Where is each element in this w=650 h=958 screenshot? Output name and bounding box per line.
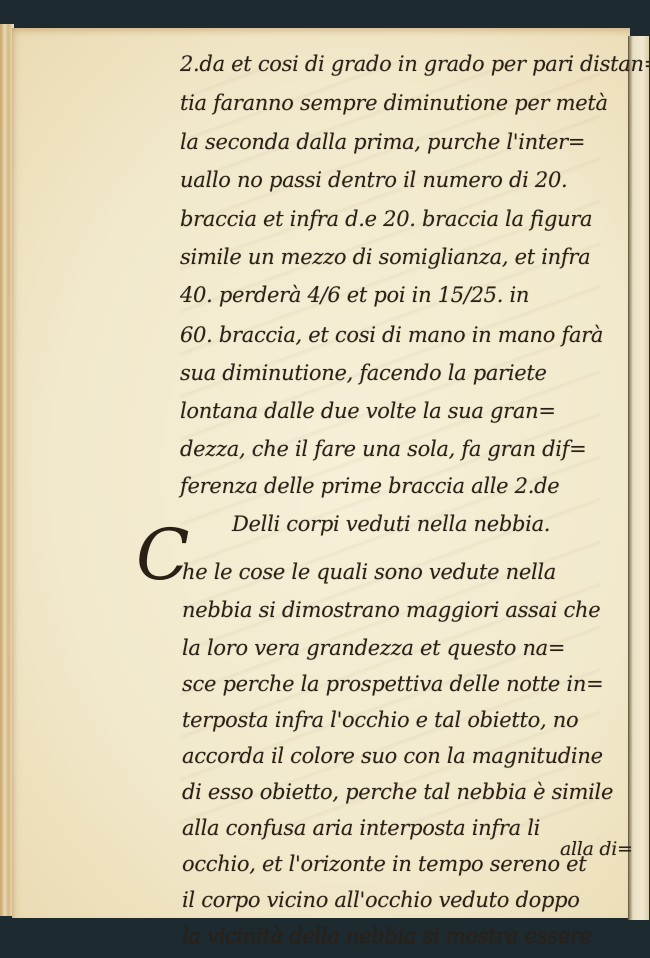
section-heading: Delli corpi veduti nella nebbia. xyxy=(232,512,550,536)
text-line: ferenza delle prime braccia alle 2.de xyxy=(180,474,559,498)
text-line: alla confusa aria interposta infra li xyxy=(182,816,540,840)
text-line: uallo no passi dentro il numero di 20. xyxy=(180,168,567,192)
text-line: il corpo vicino all'occhio veduto doppo xyxy=(182,888,580,912)
text-line: nebbia si dimostrano maggiori assai che xyxy=(182,598,600,622)
text-line: lontana dalle due volte la sua gran= xyxy=(180,399,556,423)
text-line: dezza, che il fare una sola, fa gran dif… xyxy=(180,437,586,461)
text-line: 60. braccia, et cosi di mano in mano far… xyxy=(180,323,603,347)
text-line: 2.da et cosi di grado in grado per pari … xyxy=(180,52,650,76)
catchword: alla di= xyxy=(560,838,633,860)
text-line: braccia et infra d.e 20. braccia la figu… xyxy=(180,207,592,231)
text-line: he le cose le quali sono vedute nella xyxy=(182,560,556,584)
text-line: sce perche la prospettiva delle notte in… xyxy=(182,672,603,696)
text-line: la vicinità della nebbia si mostra esser… xyxy=(182,924,592,948)
text-line: la seconda dalla prima, purche l'inter= xyxy=(180,130,585,154)
text-line: sua diminutione, facendo la pariete xyxy=(180,361,547,385)
text-line: simile un mezzo di somiglianza, et infra xyxy=(180,245,590,269)
text-line: di esso obietto, perche tal nebbia è sim… xyxy=(182,780,613,804)
text-line: la loro vera grandezza et questo na= xyxy=(182,636,565,660)
text-line: accorda il colore suo con la magnitudine xyxy=(182,744,603,768)
text-line: 40. perderà 4/6 et poi in 15/25. in xyxy=(180,283,529,307)
text-line: occhio, et l'orizonte in tempo sereno et xyxy=(182,852,586,876)
text-line: terposta infra l'occhio e tal obietto, n… xyxy=(182,708,578,732)
text-line: tia faranno sempre diminutione per metà xyxy=(180,91,608,115)
book-right-page-edge xyxy=(628,36,649,920)
